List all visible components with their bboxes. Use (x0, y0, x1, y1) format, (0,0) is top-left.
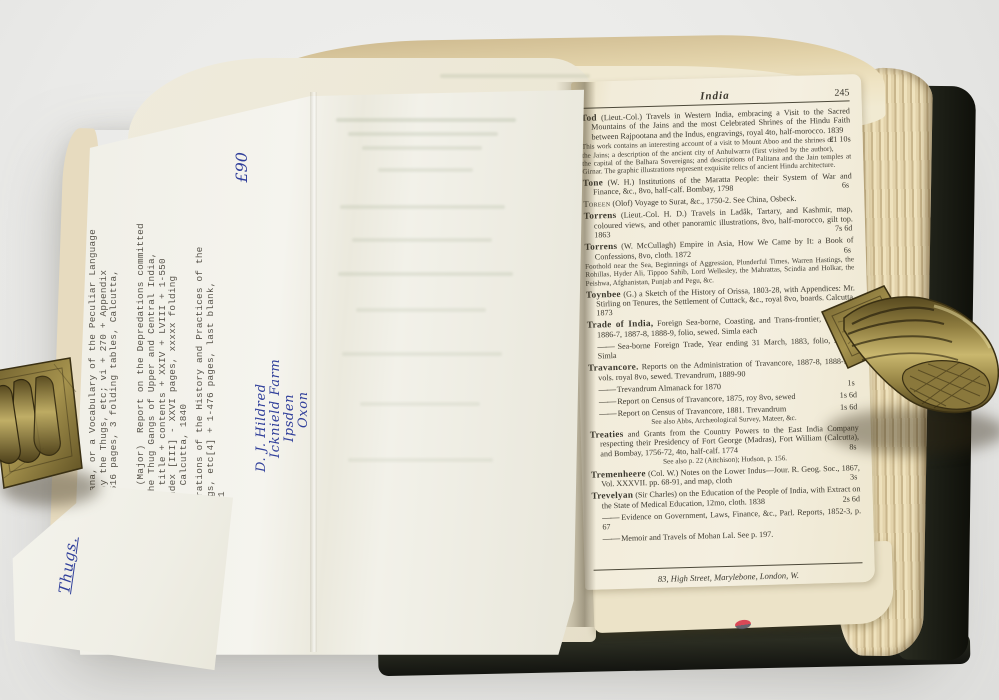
insert-fold-crease (310, 92, 317, 652)
entry-description: (Lieut.-Col. H. D.) Travels in Ladâk, Ta… (594, 205, 853, 240)
entry-text: Toynbee (G.) a Sketch of the History of … (586, 283, 856, 319)
typed-entry: Illustrations of the History and Practic… (195, 142, 227, 542)
catalog-entry: Toynbee (G.) a Sketch of the History of … (586, 283, 856, 319)
catalog-entry: Torrens (Lieut.-Col. H. D.) Travels in L… (584, 205, 854, 241)
ghost-text-line (342, 352, 502, 356)
typed-entries: Ramaseeana, or a Vocabulary of the Pecul… (88, 142, 227, 542)
page-title: India (700, 90, 730, 103)
catalog-entry: Tod (Lieut.-Col.) Travels in Western Ind… (581, 106, 852, 176)
brass-hand-page-holder-right (818, 272, 999, 444)
entry-price: 3s (854, 473, 860, 483)
entry-author: —— (599, 408, 616, 418)
handwritten-address-line: Ipsden (283, 142, 297, 442)
entry-price: 6s (846, 181, 852, 191)
ghost-text-line (440, 74, 590, 78)
ghost-text-line (356, 308, 486, 312)
entry-author: —— (598, 384, 615, 394)
entry-author: —— (603, 533, 620, 543)
entry-price: 6s (848, 245, 854, 255)
handwritten-address-line: D. J. Hildred (255, 142, 269, 472)
page-number: 245 (834, 87, 849, 98)
entry-price: 7s 6d (839, 224, 853, 234)
entry-author: —— (599, 396, 616, 406)
ghost-text-line (340, 205, 505, 209)
photo-of-open-book: India 245 Tod (Lieut.-Col.) Travels in W… (0, 0, 999, 700)
page-header: India 245 (580, 86, 849, 106)
ghost-text-line (348, 132, 498, 136)
handwritten-address: D. J. HildredIcknield FarmIpsdenOxon (255, 142, 311, 542)
insert-folded-corner (8, 480, 240, 676)
catalog-entry: Torrens (W. McCullagh) Empire in Asia, H… (584, 236, 854, 288)
entry-text: Torrens (Lieut.-Col. H. D.) Travels in L… (584, 205, 854, 241)
entry-description: Trevandrum Almanack for 1870 (615, 382, 721, 394)
brass-hand-page-holder-left (0, 352, 88, 504)
ghost-text-line (360, 402, 480, 406)
ghost-text-line (378, 168, 473, 172)
ghost-text-line (348, 458, 493, 462)
ghost-text-line (362, 146, 482, 150)
ghost-text-line (352, 238, 492, 242)
entry-author: —— (602, 512, 619, 522)
handwritten-address-line: Icknield Farm (269, 142, 283, 458)
entry-price: 2s 6d (846, 494, 860, 504)
entry-author: —— (597, 341, 614, 351)
entry-author: Trevelyan (591, 490, 633, 501)
ghost-text-line (336, 118, 516, 122)
entry-description: Memoir and Travels of Mohan Lal. See p. … (619, 530, 773, 543)
entry-description: (G.) a Sketch of the History of Orissa, … (596, 283, 855, 318)
typed-entry: Sleeman (Major) Report on the Depredatio… (136, 142, 189, 542)
typewritten-note-block: Ramaseeana, or a Vocabulary of the Pecul… (88, 142, 328, 542)
ghost-text-line (338, 272, 513, 276)
handwritten-price: £90 (233, 142, 251, 542)
entry-note: This work contains an interesting accoun… (582, 136, 852, 177)
entry-price: £1 10s (833, 135, 851, 145)
